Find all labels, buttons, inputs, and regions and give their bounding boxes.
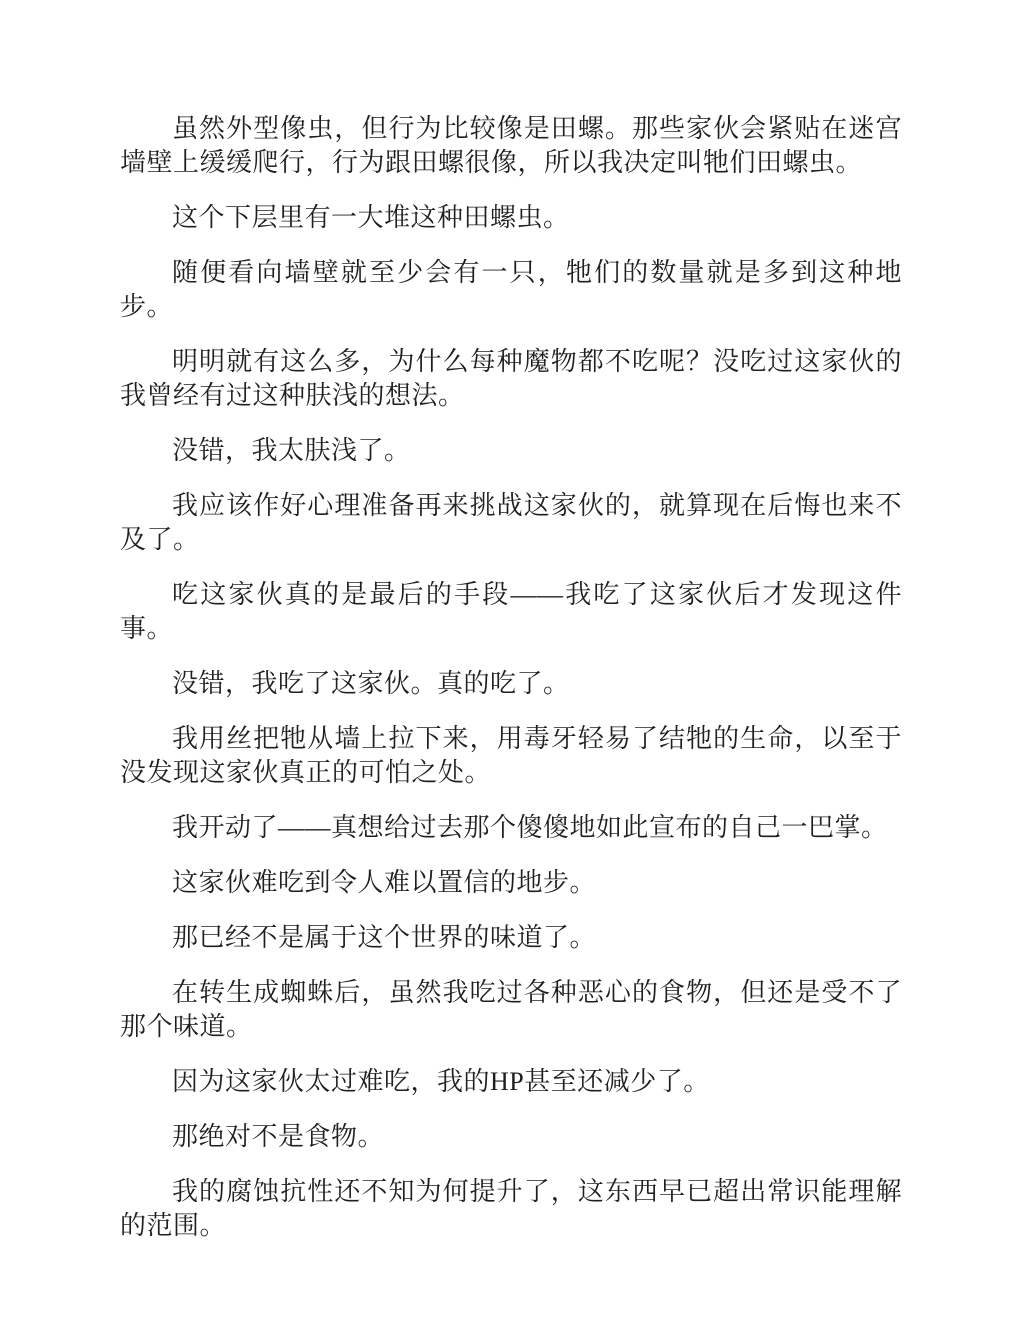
paragraph-12: 那已经不是属于这个世界的味道了。 (120, 921, 902, 955)
paragraph-13: 在转生成蜘蛛后，虽然我吃过各种恶心的食物，但还是受不了那个味道。 (120, 976, 902, 1044)
paragraph-7: 吃这家伙真的是最后的手段——我吃了这家伙后才发现这件事。 (120, 578, 902, 646)
paragraph-14: 因为这家伙太过难吃，我的HP甚至还减少了。 (120, 1065, 902, 1099)
paragraph-1: 虽然外型像虫，但行为比较像是田螺。那些家伙会紧贴在迷宫墙壁上缓缓爬行，行为跟田螺… (120, 112, 902, 180)
paragraph-3: 随便看向墙壁就至少会有一只，牠们的数量就是多到这种地步。 (120, 256, 902, 324)
paragraph-11: 这家伙难吃到令人难以置信的地步。 (120, 866, 902, 900)
paragraph-8: 没错，我吃了这家伙。真的吃了。 (120, 667, 902, 701)
document-page: 虽然外型像虫，但行为比较像是田螺。那些家伙会紧贴在迷宫墙壁上缓缓爬行，行为跟田螺… (0, 0, 1020, 1320)
paragraph-9: 我用丝把牠从墙上拉下来，用毒牙轻易了结牠的生命，以至于没发现这家伙真正的可怕之处… (120, 722, 902, 790)
paragraph-16: 我的腐蚀抗性还不知为何提升了，这东西早已超出常识能理解的范围。 (120, 1175, 902, 1243)
paragraph-4: 明明就有这么多，为什么每种魔物都不吃呢？没吃过这家伙的我曾经有过这种肤浅的想法。 (120, 345, 902, 413)
paragraph-6: 我应该作好心理准备再来挑战这家伙的，就算现在后悔也来不及了。 (120, 489, 902, 557)
paragraph-2: 这个下层里有一大堆这种田螺虫。 (120, 201, 902, 235)
paragraph-10: 我开动了——真想给过去那个傻傻地如此宣布的自己一巴掌。 (120, 811, 902, 845)
paragraph-5: 没错，我太肤浅了。 (120, 434, 902, 468)
paragraph-15: 那绝对不是食物。 (120, 1120, 902, 1154)
page-text: 虽然外型像虫，但行为比较像是田螺。那些家伙会紧贴在迷宫墙壁上缓缓爬行，行为跟田螺… (120, 112, 902, 1243)
